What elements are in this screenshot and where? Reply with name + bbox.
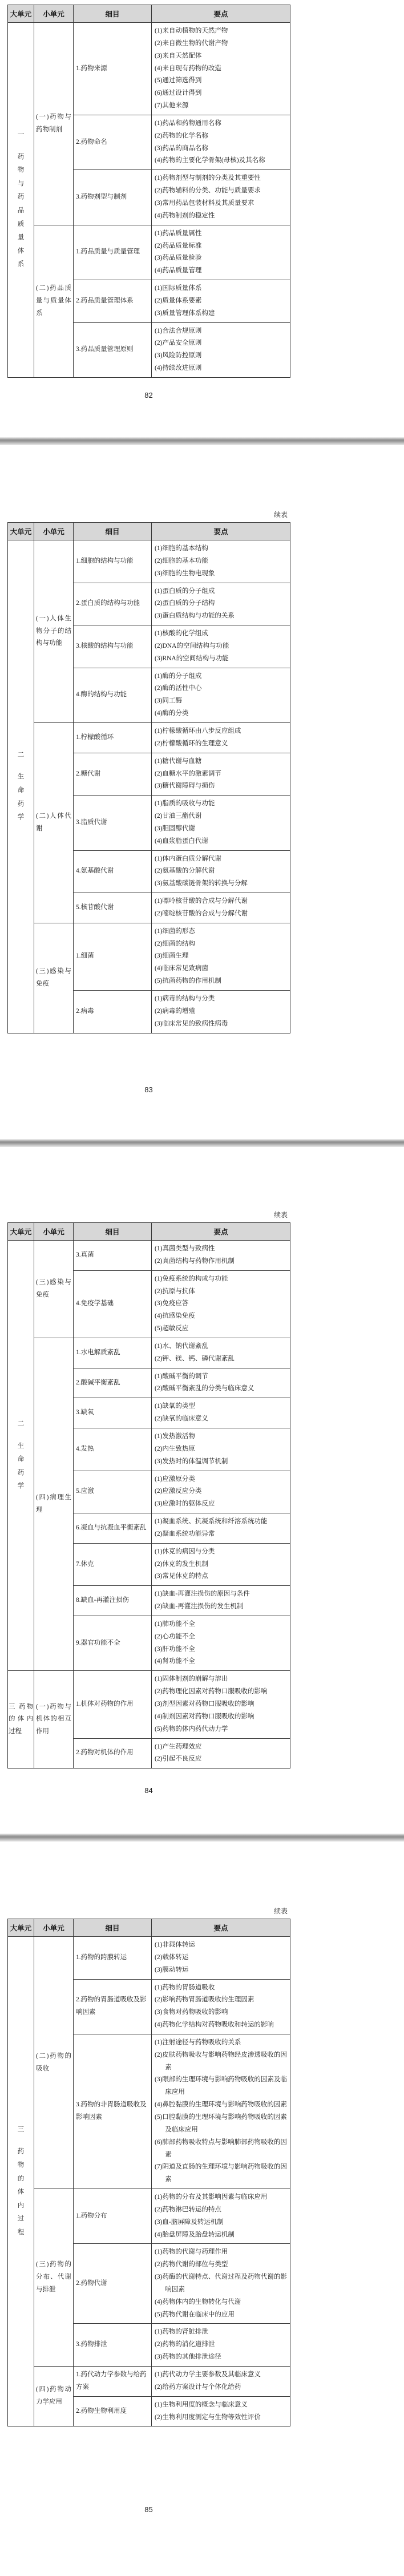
header-row: 大单元小单元细目要点 — [8, 1223, 290, 1241]
point-line: (2)缺氧的临床意义 — [155, 1413, 288, 1426]
point-line: (4)临床常见致病菌 — [155, 963, 288, 975]
points-cell: (1)药物的肾脏排泄(2)药物的消化道排泄(3)药物的其他排泄途径 — [152, 2324, 290, 2367]
point-line: (5)口腔黏膜的生理环境与影响药物吸收的因素及临床应用 — [155, 2111, 288, 2137]
item-cell: 5.核苷酸代谢 — [74, 893, 152, 923]
point-line: (3)发热时的体温调节机制 — [155, 1456, 288, 1468]
item-cell: 9.器官功能不全 — [74, 1616, 152, 1670]
point-line: (1)药代动力学主要参数及其临床意义 — [155, 2369, 288, 2381]
point-line: (4)鼻腔黏膜的生理环境与影响药物吸收的因素 — [155, 2099, 288, 2111]
point-line: (3)临床常见的致病性病毒 — [155, 1018, 288, 1031]
point-line: (1)生物利用度的概念与临床意义 — [155, 2399, 288, 2412]
points-cell: (1)国际质量体系(2)质量体系要素(3)质量管理体系构建 — [152, 280, 290, 323]
point-line: (2)内生致热原 — [155, 1443, 288, 1456]
item-cell: 3.真菌 — [74, 1241, 152, 1271]
table-row: (三)药物的分布、代谢与排泄1.药物分布(1)药物的分布及其影响因素与临床应用(… — [8, 2189, 290, 2244]
item-cell: 7.休克 — [74, 1543, 152, 1586]
document-page: { "theme": { "header_bg": "#d7d7d7", "bo… — [0, 0, 404, 2576]
item-cell: 1.细菌 — [74, 923, 152, 990]
item-cell: 2.药物命名 — [74, 115, 152, 169]
points-cell: (1)柠檬酸循环由八步反应组成(2)柠檬酸循环的生理意义 — [152, 722, 290, 753]
point-line: (1)嘌呤核苷酸的合成与分解代谢 — [155, 895, 288, 908]
syllabus-table-page-83: 续表 大单元小单元细目要点二生命药学(一)人体生物分子的结构与功能1.细胞的结构… — [7, 510, 290, 1033]
point-line: (2)蛋白质的分子结构 — [155, 597, 288, 610]
item-cell: 3.药物剂型与制剂 — [74, 170, 152, 225]
point-line: (4)酶的分类 — [155, 708, 288, 720]
column-header: 细目 — [74, 1919, 152, 1937]
point-line: (2)柠檬酸循环的生理意义 — [155, 738, 288, 750]
subunit-cell: (一)人体生物分子的结构与功能 — [34, 540, 74, 723]
point-line: (3)应激时的躯体反应 — [155, 1498, 288, 1511]
point-line: (3)血-脑屏障及转运机制 — [155, 2216, 288, 2229]
page-divider-bar — [0, 1139, 404, 1147]
point-line: (1)真菌类型与致病性 — [155, 1243, 288, 1255]
subunit-cell: (三)感染与免疫 — [34, 923, 74, 1033]
syllabus-table-page-82: 大单元小单元细目要点一药物与药品质量体系(一)药物与药物制剂1.药物来源(1)来… — [7, 5, 290, 378]
point-line: (3)常用药品包装材料及其质量要求 — [155, 197, 288, 210]
points-cell: (1)糖代谢与血糖(2)血糖水平的激素调节(3)糖代谢障碍与损伤 — [152, 753, 290, 796]
point-line: (3)药品的商品名称 — [155, 143, 288, 155]
points-cell: (1)产生药理效应(2)引起不良反应 — [152, 1738, 290, 1769]
syllabus-table: 大单元小单元细目要点三药物的体内过程(二)药物的吸收1.药物的跨膜转运(1)非载… — [7, 1919, 290, 2426]
item-cell: 1.药物来源 — [74, 23, 152, 115]
point-line: (3)胆固醇代谢 — [155, 823, 288, 835]
item-cell: 1.药品质量与质量管理 — [74, 225, 152, 280]
item-cell: 2.药物生物利用度 — [74, 2396, 152, 2426]
point-line: (3)细胞的生物电现象 — [155, 568, 288, 580]
header-row: 大单元小单元细目要点 — [8, 1919, 290, 1937]
point-line: (4)抗感染免疫 — [155, 1310, 288, 1323]
point-line: (3)药品质量检验 — [155, 252, 288, 265]
point-line: (2)应激反应分类 — [155, 1485, 288, 1498]
item-cell: 2.蛋白质的结构与功能 — [74, 583, 152, 625]
item-cell: 2.病毒 — [74, 991, 152, 1033]
table-row: 三 药物的体内过程(一)药物与机体的相互作用1.机体对药物的作用(1)固体制剂的… — [8, 1671, 290, 1738]
syllabus-table: 大单元小单元细目要点一药物与药品质量体系(一)药物与药物制剂1.药物来源(1)来… — [7, 5, 290, 378]
point-line: (1)产生药理效应 — [155, 1741, 288, 1754]
points-cell: (1)药物的代谢与药理作用(2)药物代谢的部位与类型(3)药酶的代谢特点、代谢过… — [152, 2244, 290, 2324]
point-line: (1)病毒的结构与分类 — [155, 993, 288, 1006]
point-line: (5)通过筛选得到 — [155, 75, 288, 87]
point-line: (6)通过设计得到 — [155, 87, 288, 100]
column-header: 细目 — [74, 1223, 152, 1241]
page-divider-bar — [0, 1834, 404, 1842]
table-row: (四)病理生理1.水电解质紊乱(1)水、钠代谢紊乱(2)钾、镁、钙、磷代谢紊乱 — [8, 1338, 290, 1368]
points-cell: (1)药物的胃肠道吸收(2)影响药物胃肠道吸收的生理因素(3)食物对药物吸收的影… — [152, 1979, 290, 2034]
point-line: (3)蛋白质结构与功能的关系 — [155, 610, 288, 623]
unit-vertical-text: 二生命药学 — [18, 749, 25, 825]
unit-cell: 二生命药学 — [8, 540, 34, 1033]
point-line: (2)来自微生物的代谢产物 — [155, 38, 288, 50]
point-line: (2)影响药物胃肠道吸收的生理因素 — [155, 1994, 288, 2006]
page-number: 83 — [7, 1085, 290, 1094]
column-header: 要点 — [152, 5, 290, 23]
continued-label: 续表 — [7, 1906, 290, 1916]
point-line: (4)胎盘屏障及胎盘转运机制 — [155, 2229, 288, 2242]
item-cell: 2.药物代谢 — [74, 2244, 152, 2324]
point-line: (4)药物体内的生物转化与代谢 — [155, 2296, 288, 2309]
unit-wrapped-text: 三 药物的体内过程 — [9, 1701, 33, 1739]
points-cell: (1)嘌呤核苷酸的合成与分解代谢(2)嘧啶核苷酸的合成与分解代谢 — [152, 893, 290, 923]
column-header: 大单元 — [8, 1223, 34, 1241]
points-cell: (1)真菌类型与致病性(2)真菌结构与药物作用机制 — [152, 1241, 290, 1271]
point-line: (1)体内蛋白质分解代谢 — [155, 853, 288, 866]
item-cell: 3.核酸的结构与功能 — [74, 625, 152, 668]
item-cell: 1.药物的跨膜转运 — [74, 1937, 152, 1980]
point-line: (2)给药方案设计与个体化给药 — [155, 2381, 288, 2394]
point-line: (2)载体转运 — [155, 1952, 288, 1964]
point-line: (1)水、钠代谢紊乱 — [155, 1341, 288, 1353]
points-cell: (1)非载体转运(2)载体转运(3)膜动转运 — [152, 1937, 290, 1980]
point-line: (7)阴道及直肠的生理环境与影响药物吸收的因素 — [155, 2161, 288, 2186]
unit-cell: 一药物与药品质量体系 — [8, 23, 34, 378]
points-cell: (1)固体制剂的崩解与溶出(2)药物理化因素对药物口服吸收的影响(3)剂型因素对… — [152, 1671, 290, 1738]
point-line: (4)药物制剂的稳定性 — [155, 210, 288, 223]
subunit-cell: (二)药物的吸收 — [34, 1937, 74, 2189]
column-header: 要点 — [152, 1919, 290, 1937]
points-cell: (1)酸碱平衡的调节(2)酸碱平衡紊乱的分类与临床意义 — [152, 1368, 290, 1398]
page-divider-bar — [0, 437, 404, 445]
points-cell: (1)蛋白质的分子组成(2)蛋白质的分子结构(3)蛋白质结构与功能的关系 — [152, 583, 290, 625]
subunit-cell: (一)药物与机体的相互作用 — [34, 1671, 74, 1769]
item-cell: 4.免疫学基础 — [74, 1270, 152, 1338]
point-line: (4)药物的主要化学骨架(母核)及其名称 — [155, 155, 288, 167]
continued-label: 续表 — [7, 510, 290, 519]
points-cell: (1)细菌的形态(2)细菌的结构(3)细菌生理(4)临床常见致病菌(5)抗菌药物… — [152, 923, 290, 990]
point-line: (2)细胞的基本功能 — [155, 555, 288, 568]
point-line: (1)国际质量体系 — [155, 282, 288, 295]
point-line: (1)肺功能不全 — [155, 1618, 288, 1631]
point-line: (5)抗菌药物的作用机制 — [155, 975, 288, 988]
points-cell: (1)注射途径与药物吸收的关系(2)皮肤药物吸收与影响药物经皮渗透吸收的因素(3… — [152, 2034, 290, 2189]
point-line: (4)制剂因素对药物口服吸收的影响 — [155, 1711, 288, 1723]
points-cell: (1)细胞的基本结构(2)细胞的基本功能(3)细胞的生物电现象 — [152, 540, 290, 583]
item-cell: 3.脂质代谢 — [74, 796, 152, 850]
point-line: (2)休克的发生机制 — [155, 1558, 288, 1571]
point-line: (2)药品质量标准 — [155, 240, 288, 253]
points-cell: (1)应激原分类(2)应激反应分类(3)应激时的躯体反应 — [152, 1471, 290, 1513]
page-number: 84 — [7, 1786, 290, 1795]
item-cell: 2.药品质量管理体系 — [74, 280, 152, 323]
point-line: (1)合法合规原则 — [155, 325, 288, 338]
column-header: 小单元 — [34, 523, 74, 540]
page-number: 82 — [7, 391, 290, 399]
points-cell: (1)药品和药物通用名称(2)药物的化学名称(3)药品的商品名称(4)药物的主要… — [152, 115, 290, 169]
points-cell: (1)酶的分子组成(2)酶的活性中心(3)同工酶(4)酶的分类 — [152, 668, 290, 722]
column-header: 细目 — [74, 5, 152, 23]
point-line: (3)氨基酸碳链骨架的转换与分解 — [155, 878, 288, 890]
point-line: (3)食物对药物吸收的影响 — [155, 2006, 288, 2019]
subunit-cell: (三)感染与免疫 — [34, 1241, 74, 1338]
point-line: (1)脂质的吸收与功能 — [155, 798, 288, 810]
point-line: (1)糖代谢与血糖 — [155, 756, 288, 768]
column-header: 大单元 — [8, 1919, 34, 1937]
point-line: (5)药物代谢在临床中的应用 — [155, 2309, 288, 2321]
point-line: (3)风险防控原则 — [155, 350, 288, 362]
subunit-cell: (四)病理生理 — [34, 1338, 74, 1670]
column-header: 大单元 — [8, 523, 34, 540]
column-header: 要点 — [152, 523, 290, 540]
point-line: (3)肝功能不全 — [155, 1644, 288, 1656]
point-line: (1)药品质量属性 — [155, 228, 288, 240]
point-line: (1)药物的分布及其影响因素与临床应用 — [155, 2191, 288, 2204]
point-line: (3)免疫应答 — [155, 1298, 288, 1310]
point-line: (1)细胞的基本结构 — [155, 543, 288, 555]
item-cell: 1.机体对药物的作用 — [74, 1671, 152, 1738]
points-cell: (1)缺氧的类型(2)缺氧的临床意义 — [152, 1398, 290, 1428]
table-row: (四)药物动力学应用1.药代动力学参数与给药方案(1)药代动力学主要参数及其临床… — [8, 2367, 290, 2397]
point-line: (3)质量管理体系构建 — [155, 308, 288, 320]
point-line: (4)肾功能不全 — [155, 1656, 288, 1668]
point-line: (3)细菌生理 — [155, 950, 288, 963]
point-line: (3)膜动转运 — [155, 1964, 288, 1977]
table-row: 二生命药学(一)人体生物分子的结构与功能1.细胞的结构与功能(1)细胞的基本结构… — [8, 540, 290, 583]
table-row: (二)药品质量与质量体系1.药品质量与质量管理(1)药品质量属性(2)药品质量标… — [8, 225, 290, 280]
point-line: (1)药物的胃肠道吸收 — [155, 1982, 288, 1994]
column-header: 小单元 — [34, 1919, 74, 1937]
points-cell: (1)药物的分布及其影响因素与临床应用(2)药物淋巴转运的特点(3)血-脑屏障及… — [152, 2189, 290, 2244]
item-cell: 1.水电解质紊乱 — [74, 1338, 152, 1368]
item-cell: 8.缺血-再灌注损伤 — [74, 1586, 152, 1616]
point-line: (2)药物的化学名称 — [155, 130, 288, 143]
point-line: (1)柠檬酸循环由八步反应组成 — [155, 725, 288, 738]
point-line: (2)氨基酸的分解代谢 — [155, 865, 288, 878]
points-cell: (1)药代动力学主要参数及其临床意义(2)给药方案设计与个体化给药 — [152, 2367, 290, 2397]
point-line: (1)蛋白质的分子组成 — [155, 586, 288, 598]
point-line: (1)发热激活物 — [155, 1431, 288, 1443]
syllabus-table-page-84: 续表 大单元小单元细目要点二生命药学(三)感染与免疫3.真菌(1)真菌类型与致病… — [7, 1210, 290, 1769]
point-line: (2)凝血系统功能异常 — [155, 1528, 288, 1541]
point-line: (2)甘油三酯代谢 — [155, 810, 288, 823]
table-row: 一药物与药品质量体系(一)药物与药物制剂1.药物来源(1)来自动植物的天然产物(… — [8, 23, 290, 115]
syllabus-table: 大单元小单元细目要点二生命药学(一)人体生物分子的结构与功能1.细胞的结构与功能… — [7, 522, 290, 1033]
point-line: (2)嘧啶核苷酸的合成与分解代谢 — [155, 908, 288, 920]
point-line: (3)来自天然配体 — [155, 50, 288, 63]
point-line: (1)注射途径与药物吸收的关系 — [155, 2037, 288, 2049]
column-header: 要点 — [152, 1223, 290, 1241]
item-cell: 2.糖代谢 — [74, 753, 152, 796]
point-line: (3)药酶的代谢特点、代谢过程及药物代谢的影响因素 — [155, 2271, 288, 2296]
point-line: (4)持续改进原则 — [155, 362, 288, 375]
unit-vertical-text: 二生命药学 — [18, 1418, 25, 1493]
syllabus-table: 大单元小单元细目要点二生命药学(三)感染与免疫3.真菌(1)真菌类型与致病性(2… — [7, 1222, 290, 1769]
point-line: (2)皮肤药物吸收与影响药物经皮渗透吸收的因素 — [155, 2049, 288, 2074]
point-line: (5)超敏反应 — [155, 1323, 288, 1335]
column-header: 细目 — [74, 523, 152, 540]
table-row: 二生命药学(三)感染与免疫3.真菌(1)真菌类型与致病性(2)真菌结构与药物作用… — [8, 1241, 290, 1271]
points-cell: (1)脂质的吸收与功能(2)甘油三酯代谢(3)胆固醇代谢(4)血浆脂蛋白代谢 — [152, 796, 290, 850]
point-line: (4)药物化学结构对药物吸收和转运的影响 — [155, 2019, 288, 2032]
item-cell: 3.缺氧 — [74, 1398, 152, 1428]
point-line: (2)血糖水平的激素调节 — [155, 768, 288, 781]
item-cell: 5.应激 — [74, 1471, 152, 1513]
item-cell: 3.药品质量管理原则 — [74, 322, 152, 377]
point-line: (3)同工酶 — [155, 695, 288, 708]
item-cell: 4.酶的结构与功能 — [74, 668, 152, 722]
item-cell: 1.药物分布 — [74, 2189, 152, 2244]
item-cell: 1.药代动力学参数与给药方案 — [74, 2367, 152, 2397]
points-cell: (1)免疫系统的构成与功能(2)抗原与抗体(3)免疫应答(4)抗感染免疫(5)超… — [152, 1270, 290, 1338]
column-header: 大单元 — [8, 5, 34, 23]
points-cell: (1)肺功能不全(2)心功能不全(3)肝功能不全(4)肾功能不全 — [152, 1616, 290, 1670]
point-line: (1)药物剂型与制剂的分类及其重要性 — [155, 172, 288, 185]
point-line: (2)缺血-再灌注损伤的发生机制 — [155, 1601, 288, 1613]
points-cell: (1)合法合规原则(2)产品安全原则(3)风险防控原则(4)持续改进原则 — [152, 322, 290, 377]
table-row: 三药物的体内过程(二)药物的吸收1.药物的跨膜转运(1)非载体转运(2)载体转运… — [8, 1937, 290, 1980]
point-line: (1)酸碱平衡的调节 — [155, 1371, 288, 1383]
points-cell: (1)核酸的化学组成(2)DNA的空间结构与功能(3)RNA的空间结构与功能 — [152, 625, 290, 668]
points-cell: (1)缺血-再灌注损伤的原因与条件(2)缺血-再灌注损伤的发生机制 — [152, 1586, 290, 1616]
point-line: (3)剂型因素对药物口服吸收的影响 — [155, 1698, 288, 1711]
point-line: (2)生物利用度测定与生物等效性评价 — [155, 2412, 288, 2424]
table-row: (二)人体代谢1.柠檬酸循环(1)柠檬酸循环由八步反应组成(2)柠檬酸循环的生理… — [8, 722, 290, 753]
point-line: (1)缺血-再灌注损伤的原因与条件 — [155, 1588, 288, 1601]
points-cell: (1)凝血系统、抗凝系统和纤溶系统功能(2)凝血系统功能异常 — [152, 1513, 290, 1544]
point-line: (4)药品质量管理 — [155, 265, 288, 277]
point-line: (2)药物辅料的分类、功能与质量要求 — [155, 185, 288, 197]
item-cell: 4.发热 — [74, 1428, 152, 1471]
point-line: (1)来自动植物的天然产物 — [155, 25, 288, 38]
point-line: (7)其他来源 — [155, 100, 288, 112]
point-line: (1)非载体转运 — [155, 1939, 288, 1952]
point-line: (1)免疫系统的构成与功能 — [155, 1273, 288, 1286]
continued-label: 续表 — [7, 1210, 290, 1220]
point-line: (1)缺氧的类型 — [155, 1400, 288, 1413]
points-cell: (1)药品质量属性(2)药品质量标准(3)药品质量检验(4)药品质量管理 — [152, 225, 290, 280]
unit-cell: 三 药物的体内过程 — [8, 1671, 34, 1769]
point-line: (2)真菌结构与药物作用机制 — [155, 1255, 288, 1268]
point-line: (1)酶的分子组成 — [155, 671, 288, 683]
item-cell: 6.凝血与抗凝血平衡紊乱 — [74, 1513, 152, 1544]
subunit-cell: (三)药物的分布、代谢与排泄 — [34, 2189, 74, 2367]
item-cell: 1.柠檬酸循环 — [74, 722, 152, 753]
point-line: (3)药物的其他排泄途径 — [155, 2351, 288, 2364]
point-line: (2)药物的消化道排泄 — [155, 2339, 288, 2351]
point-line: (4)来自现有药物的改造 — [155, 63, 288, 75]
column-header: 小单元 — [34, 5, 74, 23]
unit-cell: 二生命药学 — [8, 1241, 34, 1671]
point-line: (3)常见休克的特点 — [155, 1570, 288, 1583]
item-cell: 1.细胞的结构与功能 — [74, 540, 152, 583]
point-line: (6)肺部药物吸收特点与影响肺部药物吸收的因素 — [155, 2137, 288, 2162]
point-line: (3)RNA的空间结构与功能 — [155, 653, 288, 665]
point-line: (4)血浆脂蛋白代谢 — [155, 835, 288, 848]
unit-vertical-text: 三药物的体内过程 — [18, 2123, 25, 2239]
point-line: (2)酸碱平衡紊乱的分类与临床意义 — [155, 1383, 288, 1395]
point-line: (2)抗原与抗体 — [155, 1286, 288, 1298]
header-row: 大单元小单元细目要点 — [8, 523, 290, 540]
point-line: (2)产品安全原则 — [155, 337, 288, 350]
point-line: (2)质量体系要素 — [155, 295, 288, 308]
points-cell: (1)水、钠代谢紊乱(2)钾、镁、钙、磷代谢紊乱 — [152, 1338, 290, 1368]
unit-cell: 三药物的体内过程 — [8, 1937, 34, 2426]
column-header: 小单元 — [34, 1223, 74, 1241]
point-line: (2)DNA的空间结构与功能 — [155, 640, 288, 653]
header-row: 大单元小单元细目要点 — [8, 5, 290, 23]
unit-vertical-text: 一药物与药品质量体系 — [18, 128, 25, 272]
points-cell: (1)药物剂型与制剂的分类及其重要性(2)药物辅料的分类、功能与质量要求(3)常… — [152, 170, 290, 225]
point-line: (3)糖代谢障碍与损伤 — [155, 780, 288, 793]
subunit-cell: (一)药物与药物制剂 — [34, 23, 74, 225]
point-line: (2)药物理化因素对药物口服吸收的影响 — [155, 1686, 288, 1698]
points-cell: (1)体内蛋白质分解代谢(2)氨基酸的分解代谢(3)氨基酸碳链骨架的转换与分解 — [152, 850, 290, 893]
point-line: (1)药物的代谢与药理作用 — [155, 2246, 288, 2259]
point-line: (1)休克的病因与分类 — [155, 1546, 288, 1558]
point-line: (2)引起不良反应 — [155, 1753, 288, 1766]
point-line: (1)药品和药物通用名称 — [155, 118, 288, 130]
table-row: (三)感染与免疫1.细菌(1)细菌的形态(2)细菌的结构(3)细菌生理(4)临床… — [8, 923, 290, 990]
item-cell: 2.酸碱平衡紊乱 — [74, 1368, 152, 1398]
point-line: (2)药物淋巴转运的特点 — [155, 2204, 288, 2216]
page-number: 85 — [7, 2505, 290, 2514]
subunit-cell: (二)药品质量与质量体系 — [34, 225, 74, 377]
points-cell: (1)来自动植物的天然产物(2)来自微生物的代谢产物(3)来自天然配体(4)来自… — [152, 23, 290, 115]
point-line: (2)心功能不全 — [155, 1631, 288, 1644]
item-cell: 2.药物对机体的作用 — [74, 1738, 152, 1769]
point-line: (2)药物代谢的部位与类型 — [155, 2259, 288, 2271]
subunit-cell: (四)药物动力学应用 — [34, 2367, 74, 2426]
point-line: (1)细菌的形态 — [155, 926, 288, 938]
point-line: (2)钾、镁、钙、磷代谢紊乱 — [155, 1353, 288, 1366]
syllabus-table-page-85: 续表 大单元小单元细目要点三药物的体内过程(二)药物的吸收1.药物的跨膜转运(1… — [7, 1906, 290, 2426]
item-cell: 2.药物的胃肠道吸收及影响因素 — [74, 1979, 152, 2034]
points-cell: (1)生物利用度的概念与临床意义(2)生物利用度测定与生物等效性评价 — [152, 2396, 290, 2426]
point-line: (1)应激原分类 — [155, 1473, 288, 1486]
point-line: (2)病毒的增殖 — [155, 1006, 288, 1018]
subunit-cell: (二)人体代谢 — [34, 722, 74, 923]
point-line: (5)药物的体内药代动力学 — [155, 1723, 288, 1736]
item-cell: 4.氨基酸代谢 — [74, 850, 152, 893]
point-line: (1)固体制剂的崩解与溶出 — [155, 1673, 288, 1686]
points-cell: (1)休克的病因与分类(2)休克的发生机制(3)常见休克的特点 — [152, 1543, 290, 1586]
point-line: (3)眼部的生理环境与影响药物吸收的因素及临床应用 — [155, 2074, 288, 2099]
point-line: (2)酶的活性中心 — [155, 683, 288, 695]
points-cell: (1)病毒的结构与分类(2)病毒的增殖(3)临床常见的致病性病毒 — [152, 991, 290, 1033]
point-line: (1)药物的肾脏排泄 — [155, 2326, 288, 2339]
item-cell: 3.药物的非胃肠道吸收及影响因素 — [74, 2034, 152, 2189]
points-cell: (1)发热激活物(2)内生致热原(3)发热时的体温调节机制 — [152, 1428, 290, 1471]
item-cell: 3.药物排泄 — [74, 2324, 152, 2367]
point-line: (2)细菌的结构 — [155, 938, 288, 951]
point-line: (1)核酸的化学组成 — [155, 628, 288, 640]
point-line: (1)凝血系统、抗凝系统和纤溶系统功能 — [155, 1516, 288, 1528]
